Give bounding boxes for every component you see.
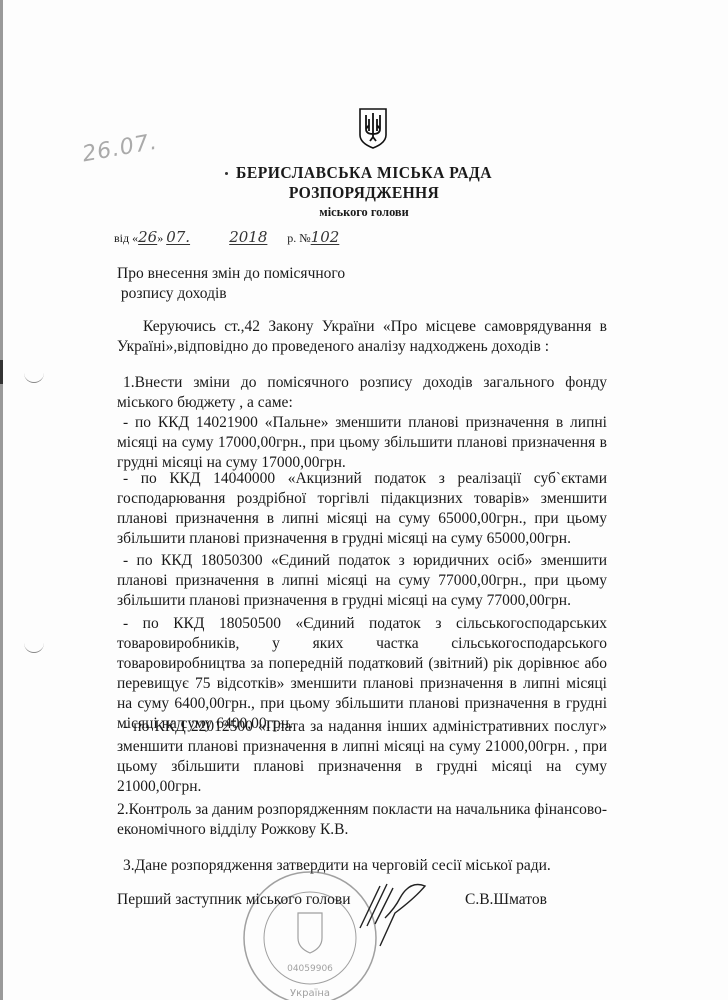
- document-number: 102: [311, 228, 341, 246]
- date-close-quote: »: [157, 231, 163, 245]
- handwritten-signature-icon: [355, 878, 445, 948]
- subject: Про внесення змін до помісячного розпису…: [117, 264, 345, 304]
- document-page: 26.07. БЕРИСЛАВСЬКА МІСЬКА РАДА РОЗПОРЯД…: [0, 0, 728, 1000]
- organization-name: БЕРИСЛАВСЬКА МІСЬКА РАДА: [29, 163, 699, 183]
- subject-line-1: Про внесення змін до помісячного: [117, 264, 345, 284]
- change-item: - по ККД 14021900 «Пальне» зменшити план…: [117, 413, 607, 473]
- change-item: - по ККД 18050500 «Єдиний податок з сіль…: [117, 614, 607, 734]
- punch-hole-mark: [24, 642, 44, 653]
- date-day: 26: [138, 228, 157, 246]
- preamble: Керуючись ст.,42 Закону України «Про міс…: [117, 317, 607, 357]
- scan-edge: [0, 0, 3, 1000]
- change-item: - по ККД 14040000 «Акцизний податок з ре…: [117, 469, 607, 549]
- date-month: 07.: [166, 228, 226, 246]
- date-prefix: від «: [114, 231, 138, 245]
- signer-name: С.В.Шматов: [465, 891, 547, 909]
- year-suffix: р.: [287, 231, 296, 245]
- stamp-country: Україна: [290, 988, 330, 999]
- item-2: 2.Контроль за даним розпорядженням покла…: [117, 800, 607, 840]
- subject-line-2: розпису доходів: [117, 284, 345, 304]
- item-1-intro: 1.Внести зміни до помісячного розпису до…: [117, 373, 607, 413]
- number-label: №: [299, 231, 310, 245]
- change-item: - по ККД 18050300 «Єдиний податок з юрид…: [117, 551, 607, 611]
- scan-edge-mark: [0, 360, 3, 384]
- issuer-title: міського голови: [18, 204, 710, 220]
- document-type: РОЗПОРЯДЖЕННЯ: [29, 183, 699, 203]
- dateline: від «26» 07. 2018р. №102: [114, 228, 341, 246]
- stamp-code: 04059906: [287, 964, 333, 974]
- date-year: 2018: [229, 228, 287, 246]
- change-item: - по ККД 22012500 «Плата за надання інши…: [117, 717, 607, 797]
- handwritten-margin-note: 26.07.: [80, 130, 159, 168]
- trident-emblem-icon: [358, 107, 388, 149]
- signer-title: Перший заступник міського голови: [117, 891, 350, 909]
- punch-hole-mark: [24, 372, 44, 383]
